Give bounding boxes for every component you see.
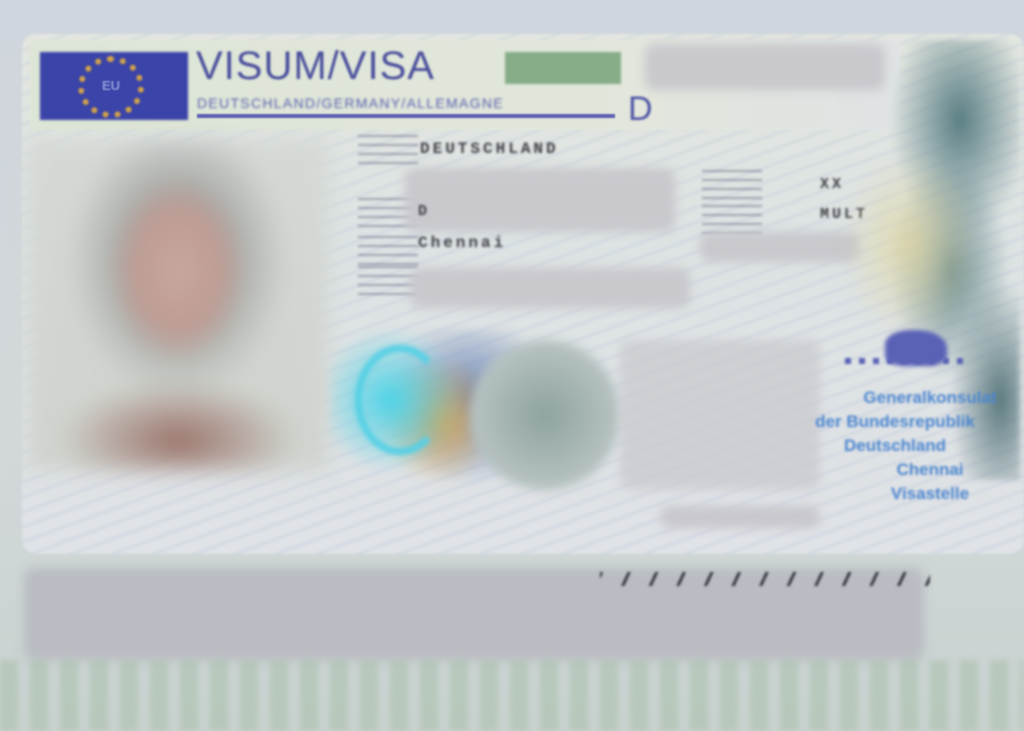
stamp-line: Visastelle (840, 482, 1020, 506)
stamp-line: Chennai (840, 458, 1020, 482)
security-seal-icon (470, 340, 620, 490)
passport-page-print (0, 660, 1024, 731)
security-strip (505, 52, 621, 84)
redacted-visa-number (645, 44, 885, 90)
redacted-name (410, 268, 690, 308)
eu-code: EU (102, 78, 120, 93)
field-label (358, 266, 418, 300)
mrz-filler-characters (600, 572, 930, 586)
hologram-ring-icon (355, 345, 445, 455)
place-of-issue-field: Chennai (418, 234, 506, 252)
valid-for-field: DEUTSCHLAND (420, 140, 559, 158)
redacted-portrait (28, 140, 328, 470)
dotted-line (845, 358, 965, 364)
consulate-stamp: Generalkonsulat der Bundesrepublik Deuts… (840, 386, 1020, 506)
visa-type-field: D (418, 203, 430, 220)
stamp-line: der Bundesrepublik Deutschland (770, 410, 1020, 458)
country-underline (197, 114, 615, 118)
field-label (702, 170, 762, 204)
field-label (358, 236, 418, 270)
redacted-date (700, 232, 860, 262)
issuing-country: DEUTSCHLAND/GERMANY/ALLEMAGNE (197, 95, 504, 111)
redacted-signature-name (660, 506, 820, 528)
tint-pattern (840, 150, 980, 340)
document-title: VISUM/VISA (196, 44, 435, 89)
stamp-line: Generalkonsulat (840, 386, 1020, 410)
redacted-passport-field (405, 168, 675, 232)
field-label (358, 135, 418, 169)
country-code: D (628, 90, 653, 129)
